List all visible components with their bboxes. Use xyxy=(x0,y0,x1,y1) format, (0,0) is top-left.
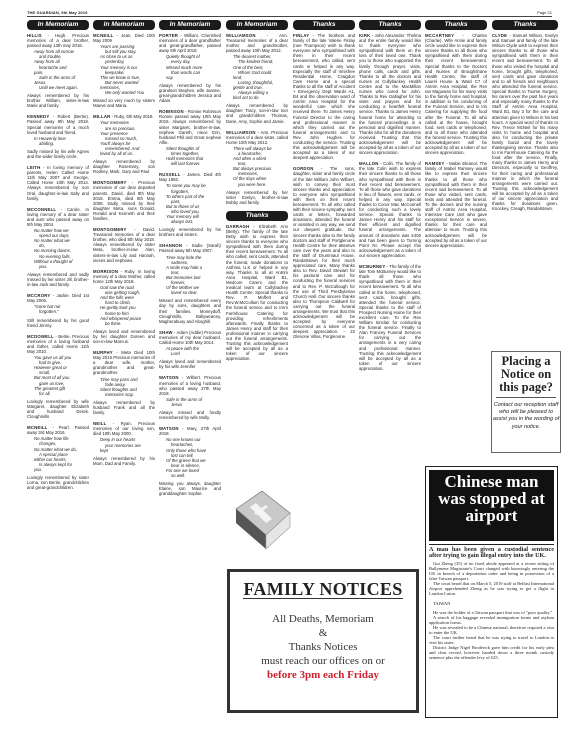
notice-text: HILLIS - Hugh. Precious memories of a de… xyxy=(27,33,89,48)
notice-verse: "Gone but notforgotten." xyxy=(27,304,89,314)
notice-signoff: Always loved and remembered by her daugh… xyxy=(93,329,155,344)
notice-signoff: Always remembered and sadly missed by he… xyxy=(27,272,89,287)
notice-text: MALLON - Colin. The family of the late C… xyxy=(359,161,421,258)
notice-verse: No matter how lifechanges,No matter what… xyxy=(27,436,89,472)
column-thanks-4: Thanks CLYDE - Samuel Wilson, Evelyn and… xyxy=(492,20,558,345)
notice: KENNEDY - Robert (Bertie). Passed away 9… xyxy=(27,114,89,159)
notice-text: CLYDE - Samuel Wilson, Evelyn and Samuel… xyxy=(492,33,558,211)
section-header-in-memoriam: In Memoriam xyxy=(27,20,89,30)
notice: RAMSEY - Mabie Eleanor. The family of Ma… xyxy=(425,161,487,248)
verse-line: Until we meet again. xyxy=(34,85,89,90)
notice-text: MURPHY - Meta Died 10th May 2015 Preciou… xyxy=(93,350,155,375)
notice-verse: Time may pass andfade away,Silent though… xyxy=(93,377,155,397)
notice: MONTGOMERY - Precious memories of our de… xyxy=(93,180,155,221)
notice-text: MORRISON - Ruby. In loving memory of a d… xyxy=(93,269,155,284)
notice: MILLAR - Ruby, 6th May 2018.Your memorie… xyxy=(93,114,155,174)
notice-verse: No one knows ourheartaches,Only those wh… xyxy=(159,437,221,478)
notice-text: RUSSELL - James. Died 4th May 1992. xyxy=(159,172,221,182)
column-memoriam-1: In Memoriam HILLIS - Hugh. Precious memo… xyxy=(27,20,89,720)
article-paragraph: A search of his baggage revealed immigra… xyxy=(429,615,554,625)
section-header-in-memoriam: In Memoriam xyxy=(93,20,155,30)
section-header-thanks: Thanks xyxy=(226,211,288,221)
family-notices-line: & xyxy=(230,626,416,640)
verse-line: for all. xyxy=(34,391,89,396)
section-header-in-memoriam: In Memoriam xyxy=(159,20,221,30)
masthead: THE GUARDIAN, 9th May 2019 Page 21 xyxy=(27,9,552,17)
notice-body: - Samuel Wilson, Evelyn and Samuel and f… xyxy=(492,33,558,211)
notice-text: RAMSEY - Mabie Eleanor. The family of Ma… xyxy=(425,161,487,248)
notice-signoff: Always remembered by his Mum, Dad and Fa… xyxy=(93,456,155,466)
article-standfirst: A man has been given a custodial sentenc… xyxy=(429,544,554,560)
notice: MCCONNELL - Carole. In loving memory of … xyxy=(27,207,89,287)
article-paragraph: Gui Zheng (35) of no fixed abode appeare… xyxy=(429,561,554,581)
notice: WILLIAMSON - Ann. Precious memories of a… xyxy=(226,130,288,205)
notice-text: ROBINSON - Ronnie Robinson Ronnie passed… xyxy=(159,109,221,145)
verse-line: Lord xyxy=(166,351,221,356)
notice-text: WATSON - Mary, 27th April 2018. xyxy=(159,426,221,436)
notice: LEITH - In loving memory of parents, Hel… xyxy=(27,165,89,201)
verse-line: Jesus xyxy=(166,402,221,407)
notice-body: - Mabie Eleanor. The family of Mabel Ram… xyxy=(425,161,487,248)
notice: MURPHY - Meta Died 10th May 2015 Preciou… xyxy=(93,350,155,415)
notice-text: MCCARTNEY - Charles (Charlie). Wife Anni… xyxy=(425,33,487,155)
notice-signoff: Always loved and remembered by his wife … xyxy=(159,359,221,369)
notice: SHAW - Adam (Addie) Precious memories of… xyxy=(159,330,221,370)
notice-text: MCNEILL - Jean, Died 10th May 2009 xyxy=(93,33,155,43)
notice: MONTGOMERY - David. Treasured memories o… xyxy=(93,227,155,263)
notice-body: - In loving memory of parents, Helen Cal… xyxy=(27,165,89,201)
verse-line: We only wanted You xyxy=(100,90,155,95)
family-notices-line: Thanks Notices xyxy=(230,640,416,654)
notice-signoff: Lovingly remembered by sister Lorna, son… xyxy=(27,475,89,490)
notice: KIRK - John Alexander. Thelma and the en… xyxy=(359,33,421,155)
verse-line: forgotten." xyxy=(34,309,89,314)
verse-line: say. xyxy=(166,75,221,80)
news-article: Chinese man was stopped at airport A man… xyxy=(425,466,558,718)
notice: WILLIAMSON - Ann. Treasured memories of … xyxy=(226,33,288,124)
section-header-in-memoriam: In Memoriam xyxy=(226,20,288,30)
article-paragraph: He was revealed to be a Chinese national… xyxy=(429,625,554,635)
column-memoriam-4: In Memoriam WILLIAMSON - Ann. Treasured … xyxy=(226,20,288,490)
notice: CLYDE - Samuel Wilson, Evelyn and Samuel… xyxy=(492,33,558,211)
notice-text: MCBURNEY - The family of the late Tom Mc… xyxy=(359,264,421,371)
notice-verse: The dearest mother,The kindest friend,On… xyxy=(226,54,288,100)
notice: NEILL - Ryan. Precious memories of our l… xyxy=(93,421,155,466)
verse-line: abiding. xyxy=(34,141,89,146)
notice: WATSON - Wilbert. Precious memories of a… xyxy=(159,375,221,420)
notice: DARRAGH - Elizabeth Ann (Betty). The fam… xyxy=(226,224,288,362)
notice-body: - The sons, daughter, sister and family … xyxy=(293,166,355,339)
notice-signoff: Missed and remembered every day by sons,… xyxy=(159,298,221,323)
article-body: Gui Zheng (35) of no fixed abode appeare… xyxy=(429,561,554,660)
placing-notice-body: Contact our reception staff who will be … xyxy=(492,402,560,431)
notice-verse: Years are passingbut still you stay,As c… xyxy=(93,44,155,95)
notice-text: PORTER - William. Cherished memories of … xyxy=(159,33,221,53)
notice-body: - David. Treasured memories of a dear br… xyxy=(93,227,155,263)
notice-text: WILLIAMSON - Ann. Precious memories of a… xyxy=(226,130,288,145)
notice: PORTER - William. Cherished memories of … xyxy=(159,33,221,103)
notice: FINLAY - The brothers and family of the … xyxy=(293,33,355,160)
article-paragraph: The court further heard that he was tryi… xyxy=(429,635,554,645)
notice-verse: Safe in the arms ofJesus xyxy=(159,397,221,407)
section-header-thanks: Thanks xyxy=(425,20,487,30)
notice-text: WILLIAMSON - Ann. Treasured memories of … xyxy=(226,33,288,53)
notice-verse: No matter how wespend our days,No matter… xyxy=(27,228,89,269)
notice-signoff: Missed so very much by sisters Maeve and… xyxy=(93,98,155,108)
notice-text: SHAW - Adam (Addie) Precious memories of… xyxy=(159,330,221,345)
notice-text: MONTGOMERY - Precious memories of our de… xyxy=(93,180,155,221)
article-paragraph: District Judge Nigel Broderick gave him … xyxy=(429,645,554,660)
notice-body: - Charles (Charlie). Wife Annie and fami… xyxy=(425,33,487,155)
bible-cross-icon xyxy=(232,487,294,553)
notice-text: KIRK - John Alexander. Thelma and the en… xyxy=(359,33,421,155)
notice-body: - Ruby, 6th May 2018. xyxy=(110,114,153,119)
notice: MORRISON - Ruby. In loving memory of a d… xyxy=(93,269,155,344)
notice-text: KENNEDY - Robert (Bertie). Passed away 9… xyxy=(27,114,89,134)
notice: MCNEILL - Pearl. Passed away 3rd May 201… xyxy=(27,425,89,490)
family-notices-line: All Deaths, Memoriam xyxy=(230,612,416,626)
family-notices-deadline: before 3pm each Friday xyxy=(230,668,416,683)
notice-text: MILLAR - Ruby, 6th May 2018. xyxy=(93,114,155,119)
notice-text: MCNEILL - Pearl. Passed away 3rd May 201… xyxy=(27,425,89,435)
section-header-thanks: Thanks xyxy=(293,20,355,30)
notice-verse: You gave us all youhad to give,However g… xyxy=(27,355,89,396)
notice-body: - The family of the late Tom McBurney wo… xyxy=(359,264,421,371)
section-header-thanks: Thanks xyxy=(492,20,558,30)
verse-line: kept xyxy=(100,448,155,453)
column-thanks-2: Thanks KIRK - John Alexander. Thelma and… xyxy=(359,20,421,565)
notice: MCNEILL - Jean, Died 10th May 2009Years … xyxy=(93,33,155,108)
notice-body: - The brothers and family of the late Va… xyxy=(293,33,355,160)
notice-verse: To some you may beforgotten,To others pa… xyxy=(159,183,221,224)
notice-verse: There will always bea heartache,And ofte… xyxy=(226,146,288,187)
notice-body: - Colin. The family of the late Colin wi… xyxy=(359,161,421,258)
notice-signoff: Always remembered by daughter Tracy, son… xyxy=(226,103,288,123)
notice: ROBINSON - Ronnie Robinson Ronnie passed… xyxy=(159,109,221,166)
notice-surname: MILLAR xyxy=(93,114,110,119)
notice-verse: Deep in our heartsyour memories arekept xyxy=(93,437,155,452)
notice-text: WATSON - Wilbert. Precious memories of a… xyxy=(159,375,221,395)
notice-text: NEILL - Ryan. Precious memories of our l… xyxy=(93,421,155,436)
notice-body: - Elizabeth Ann (Betty). The family of t… xyxy=(226,224,288,361)
column-memoriam-3: In Memoriam PORTER - William. Cherished … xyxy=(159,20,221,720)
publication-date: THE GUARDIAN, 9th May 2019 xyxy=(27,10,87,15)
article-headline: Chinese man was stopped at airport xyxy=(429,470,554,541)
notice-verse: God saw the roadwas getting rough,And th… xyxy=(93,285,155,326)
verse-line: memories stay. xyxy=(100,392,155,397)
notice: MALLON - Colin. The family of the late C… xyxy=(359,161,421,258)
notice-signoff: Lovingly remembered by wife Margaret, da… xyxy=(27,399,89,419)
notice-body: - John Alexander. Thelma and the entire … xyxy=(359,33,421,155)
notice-signoff: Always remembered by her sister Evelyn, … xyxy=(226,190,288,205)
notice-body: - Ronnie Robinson Ronnie passed away 10t… xyxy=(159,109,221,145)
verse-line: loved so dear. xyxy=(166,290,221,295)
verse-line: you were here. xyxy=(233,182,288,187)
notice-text: DARRAGH - Elizabeth Ann (Betty). The fam… xyxy=(226,224,288,362)
placing-notice-title: Placing a Notice on this page? xyxy=(496,355,556,398)
verse-line: always last. xyxy=(166,219,221,224)
notice-verse: Away from all sorrowand trouble,Away fro… xyxy=(27,49,89,90)
verse-line: you. xyxy=(34,467,89,472)
article-paragraph: The court heard that on March 5, 2019 st… xyxy=(429,581,554,596)
notice-signoff: Always remembered by his grandson Stephe… xyxy=(159,83,221,103)
notice-text: LEITH - In loving memory of parents, Hel… xyxy=(27,165,89,201)
notice: MCBURNEY - The family of the late Tom Mc… xyxy=(359,264,421,371)
notice: WATSON - Mary, 27th April 2018.No one kn… xyxy=(159,426,221,496)
article-subhead: TAIWAN xyxy=(433,601,554,606)
family-notices-title: FAMILY NOTICES xyxy=(243,581,402,599)
verse-line: so well. xyxy=(166,473,221,478)
section-header-thanks: Thanks xyxy=(359,20,421,30)
notice: GORDON - The sons, daughter, sister and … xyxy=(293,166,355,339)
column-memoriam-2: In Memoriam MCNEILL - Jean, Died 10th Ma… xyxy=(93,20,155,720)
column-thanks-1: Thanks FINLAY - The brothers and family … xyxy=(293,20,355,565)
family-notices-line: must reach our offices on or xyxy=(230,654,416,668)
notice-verse: Quietly thought ofevery day,Missed much … xyxy=(159,54,221,79)
notice-signoff: Always missed and fondly remembered by w… xyxy=(159,410,221,420)
notice-verse: Your memoriesare so precious,Your presen… xyxy=(93,120,155,156)
notice-text: FINLAY - The brothers and family of the … xyxy=(293,33,355,160)
verse-line: you. xyxy=(34,264,89,269)
notice-verse: In Heavenly loveabiding. xyxy=(27,136,89,146)
notice: MCCRORY - Jackie. Died 1st May 2006."Gon… xyxy=(27,293,89,328)
notice: RUSSELL - James. Died 4th May 1992.To so… xyxy=(159,172,221,237)
notice: MCDOWELL - Bertie. Precious memories of … xyxy=(27,334,89,420)
notice: SHANNON - Sadie (Sarah) Passed away 6th … xyxy=(159,243,221,323)
notice: MCCARTNEY - Charles (Charlie). Wife Anni… xyxy=(425,33,487,155)
verse-line: be thine. xyxy=(100,321,155,326)
notice-signoff: Always remembered by his brother William… xyxy=(27,93,89,108)
column-thanks-3: Thanks MCCARTNEY - Charles (Charlie). Wi… xyxy=(425,20,487,465)
verse-line: loved by all of us. xyxy=(100,151,155,156)
notice-signoff: Missing you always, daughter Elaine, son… xyxy=(159,481,221,496)
notice-body: - Precious memories of our dear departed… xyxy=(93,180,155,221)
notice-text: MONTGOMERY - David. Treasured memories o… xyxy=(93,227,155,263)
verse-line: kind act to do xyxy=(233,95,288,100)
family-notices-box: FAMILY NOTICES All Deaths, Memoriam & Th… xyxy=(227,569,419,713)
notice-verse: At peace with theLord xyxy=(159,346,221,356)
notice-text: MCCONNELL - Carole. In loving memory of … xyxy=(27,207,89,227)
notice-text: GORDON - The sons, daughter, sister and … xyxy=(293,166,355,339)
notice-text: MCDOWELL - Bertie. Precious memories of … xyxy=(27,334,89,354)
notice-verse: Time may hide thesadness,A smile may hid… xyxy=(159,255,221,296)
notice: HILLIS - Hugh. Precious memories of a de… xyxy=(27,33,89,108)
notice-verse: Silent thoughts oftimes together,Hold me… xyxy=(159,146,221,166)
notice-signoff: Lovingly remembered by his brothers and … xyxy=(159,227,221,237)
verse-line: will last forever. xyxy=(166,161,221,166)
notice-signoff: Still remembered by his good friend Jimm… xyxy=(27,318,89,328)
notice-signoff: Sadly missed by his wife Agnes and the w… xyxy=(27,149,89,159)
page-number: Page 21 xyxy=(537,10,552,15)
placing-notice-box: Placing a Notice on this page? Contact o… xyxy=(491,351,561,453)
notice-text: SHANNON - Sadie (Sarah) Passed away 6th … xyxy=(159,243,221,253)
notice-signoff: Always remembered by husband Frank and a… xyxy=(93,400,155,415)
notice-signoff: Always remembered by daughter Rosemary, … xyxy=(93,159,155,174)
notice-text: MCCRORY - Jackie. Died 1st May 2006. xyxy=(27,293,89,303)
